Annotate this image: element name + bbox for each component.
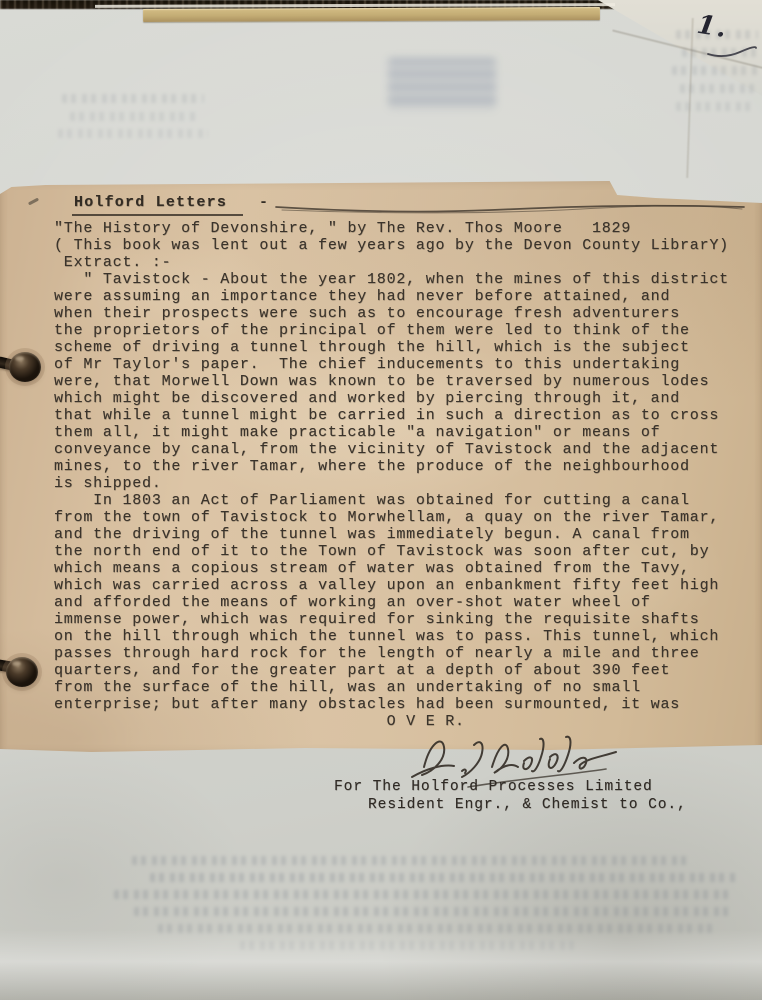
bleed-through-smudge xyxy=(388,58,496,110)
bleed-through-smudge xyxy=(680,84,760,93)
signoff-company-line: For The Holford Processes Limited xyxy=(334,779,653,795)
page-number-handwritten: 1. xyxy=(695,10,730,45)
heading-dash: - xyxy=(259,194,268,211)
page-tab-edge xyxy=(143,7,600,22)
letter-heading: Holford Letters xyxy=(72,194,243,216)
bleed-through-smudge xyxy=(676,30,758,39)
binding-hole-bottom xyxy=(6,657,38,687)
letter-heading-row: Holford Letters - xyxy=(72,194,268,216)
bleed-through-smudge xyxy=(62,94,204,103)
bleed-through-smudge xyxy=(682,48,760,57)
scrapbook-page: 1. Holford Letters - "The History of Dev… xyxy=(0,0,762,1000)
bleed-through-smudge xyxy=(132,856,688,865)
page-bottom-shading xyxy=(0,930,762,1000)
bleed-through-smudge xyxy=(70,112,196,121)
bleed-through-smudge xyxy=(676,102,756,111)
bleed-through-smudge xyxy=(134,907,734,916)
bleed-through-smudge xyxy=(672,66,758,75)
bleed-through-smudge xyxy=(114,890,734,899)
hand-drawn-rule xyxy=(272,198,750,218)
pasted-letter: Holford Letters - "The History of Devons… xyxy=(0,178,762,756)
signoff-role-line: Resident Engr., & Chemist to Co., xyxy=(368,797,687,813)
bleed-through-smudge xyxy=(58,129,208,138)
letter-body: "The History of Devonshire, " by The Rev… xyxy=(54,220,756,730)
bleed-through-smudge xyxy=(150,873,738,882)
binding-hole-top xyxy=(9,352,41,382)
